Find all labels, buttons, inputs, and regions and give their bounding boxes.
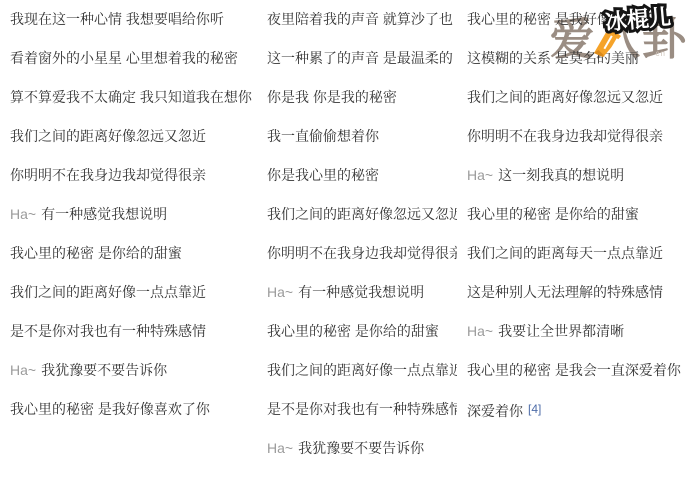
lyric-text: 我犹豫要不要告诉你 — [41, 362, 167, 378]
lyric-line: 你明明不在我身边我却觉得很亲 — [267, 242, 457, 281]
lyric-text: 是不是你对我也有一种特殊感情 — [10, 323, 206, 339]
ha-prefix: Ha~ — [10, 362, 36, 378]
lyric-text: 我们之间的距离好像忽远又忽近 — [267, 206, 457, 222]
lyric-line: 这是种别人无法理解的特殊感情 — [467, 281, 690, 320]
lyric-text: 看着窗外的小星星 心里想着我的秘密 — [10, 50, 238, 66]
lyric-line: 我们之间的距离好像一点点靠近 — [267, 359, 457, 398]
lyric-line: 我们之间的距离好像一点点靠近 — [10, 281, 262, 320]
lyric-text: 我们之间的距离每天一点点靠近 — [467, 245, 663, 261]
lyric-line: 你明明不在我身边我却觉得很亲 — [10, 164, 262, 203]
lyric-line: 算不算爱我不太确定 我只知道我在想你 — [10, 86, 262, 125]
lyric-line: 我一直偷偷想着你 — [267, 125, 457, 164]
lyric-line: 我心里的秘密 是你给的甜蜜 — [267, 320, 457, 359]
lyric-text: 你明明不在我身边我却觉得很亲 — [267, 245, 457, 261]
lyric-line: 你是我心里的秘密 — [267, 164, 457, 203]
lyric-line: Ha~我犹豫要不要告诉你 — [10, 359, 262, 398]
lyric-text: 有一种感觉我想说明 — [41, 206, 167, 222]
lyric-line: Ha~我要让全世界都清晰 — [467, 320, 690, 359]
lyric-text: 算不算爱我不太确定 我只知道我在想你 — [10, 89, 252, 105]
lyric-line: 我们之间的距离好像忽远又忽近 — [467, 86, 690, 125]
lyric-line: 是不是你对我也有一种特殊感情 — [10, 320, 262, 359]
lyric-line: 我心里的秘密 是你给的甜蜜 — [10, 242, 262, 281]
lyric-text: 你是我心里的秘密 — [267, 167, 379, 183]
lyric-line: 我们之间的距离好像忽远又忽近 — [10, 125, 262, 164]
lyric-line: 这模糊的关系 是莫名的美丽 — [467, 47, 690, 86]
lyric-line: 我们之间的距离每天一点点靠近 — [467, 242, 690, 281]
lyric-text: 有一种感觉我想说明 — [298, 284, 424, 300]
watermark-badge-text: 冰棍儿 — [604, 4, 672, 35]
lyric-text: 这一刻我真的想说明 — [498, 167, 624, 183]
lyric-line: 我心里的秘密 是我好像喜欢了你 — [10, 398, 262, 437]
lyric-text: 我们之间的距离好像忽远又忽近 — [467, 89, 663, 105]
lyric-text: 我们之间的距离好像忽远又忽近 — [10, 128, 206, 144]
lyric-line: Ha~这一刻我真的想说明 — [467, 164, 690, 203]
lyric-line: Ha~有一种感觉我想说明 — [267, 281, 457, 320]
lyric-text: 我心里的秘密 是我会一直深爱着你 — [467, 362, 681, 378]
lyric-line: 我现在这一种心情 我想要唱给你听 — [10, 8, 262, 47]
lyric-line: 你明明不在我身边我却觉得很亲 — [467, 125, 690, 164]
lyrics-column-1: 我现在这一种心情 我想要唱给你听 看着窗外的小星星 心里想着我的秘密 算不算爱我… — [10, 8, 262, 437]
ha-prefix: Ha~ — [467, 323, 493, 339]
lyric-text: 我们之间的距离好像一点点靠近 — [267, 362, 457, 378]
lyrics-column-3: 我心里的秘密 是我好像喜欢了你 这模糊的关系 是莫名的美丽 我们之间的距离好像忽… — [467, 8, 690, 437]
lyric-text: 我心里的秘密 是你给的甜蜜 — [10, 245, 182, 261]
lyric-text: 你是我 你是我的秘密 — [267, 89, 397, 105]
lyric-text: 你明明不在我身边我却觉得很亲 — [467, 128, 663, 144]
lyric-line: 我心里的秘密 是我会一直深爱着你 — [467, 359, 690, 398]
reference-link[interactable]: [4] — [528, 402, 541, 416]
ha-prefix: Ha~ — [267, 440, 293, 456]
lyric-text: 我心里的秘密 是我好像喜欢了你 — [10, 401, 210, 417]
ha-prefix: Ha~ — [10, 206, 36, 222]
lyric-text: 我犹豫要不要告诉你 — [298, 440, 424, 456]
lyric-text: 我现在这一种心情 我想要唱给你听 — [10, 11, 224, 27]
lyric-text: 深爱着你 — [467, 403, 523, 419]
lyrics-column-2: 夜里陪着我的声音 就算沙了也 这一种累了的声音 是最温柔的 你是我 你是我的秘密… — [267, 8, 457, 476]
lyric-text: 我要让全世界都清晰 — [498, 323, 624, 339]
lyric-line: 这一种累了的声音 是最温柔的 — [267, 47, 457, 86]
lyric-line: 夜里陪着我的声音 就算沙了也 — [267, 8, 457, 47]
lyric-line: 看着窗外的小星星 心里想着我的秘密 — [10, 47, 262, 86]
lyric-line: 你是我 你是我的秘密 — [267, 86, 457, 125]
lyric-text: 这是种别人无法理解的特殊感情 — [467, 284, 663, 300]
lyric-text: 你明明不在我身边我却觉得很亲 — [10, 167, 206, 183]
lyric-line: 我心里的秘密 是你给的甜蜜 — [467, 203, 690, 242]
lyric-text: 我一直偷偷想着你 — [267, 128, 379, 144]
watermark-badge: 冰棍儿 — [586, 2, 690, 38]
ha-prefix: Ha~ — [267, 284, 293, 300]
lyric-line: 我们之间的距离好像忽远又忽近 — [267, 203, 457, 242]
lyric-text: 我们之间的距离好像一点点靠近 — [10, 284, 206, 300]
lyric-text: 我心里的秘密 是你给的甜蜜 — [267, 323, 439, 339]
lyric-line: Ha~有一种感觉我想说明 — [10, 203, 262, 242]
lyric-line: 深爱着你[4] — [467, 398, 690, 437]
lyric-text: 我心里的秘密 是你给的甜蜜 — [467, 206, 639, 222]
lyric-text: 这一种累了的声音 是最温柔的 — [267, 50, 453, 66]
ha-prefix: Ha~ — [467, 167, 493, 183]
lyric-text: 是不是你对我也有一种特殊感情 — [267, 401, 457, 417]
lyric-line: Ha~我犹豫要不要告诉你 — [267, 437, 457, 476]
lyric-text: 夜里陪着我的声音 就算沙了也 — [267, 11, 453, 27]
lyric-line: 是不是你对我也有一种特殊感情 — [267, 398, 457, 437]
